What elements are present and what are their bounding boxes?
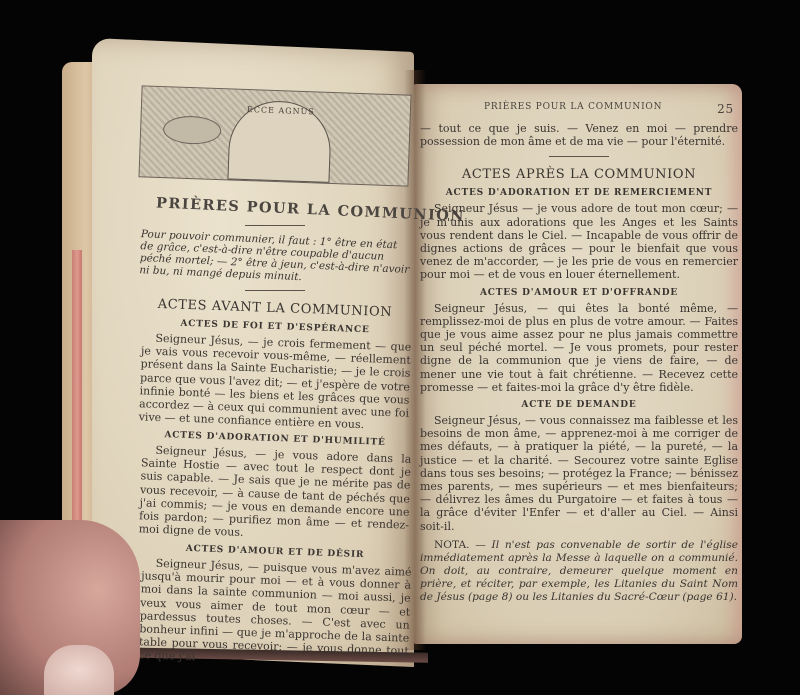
prayer-paragraph: Seigneur Jésus — je vous adore de tout m… — [420, 202, 738, 281]
subsection-heading: ACTE DE DEMANDE — [420, 400, 738, 410]
right-page-text: PRIÈRES POUR LA COMMUNION 25 — tout ce q… — [420, 102, 738, 614]
page-title: PRIÈRES POUR LA COMMUNION — [156, 194, 410, 222]
thumbnail — [44, 645, 114, 695]
subsection-heading: ACTES D'ADORATION ET DE REMERCIEMENT — [420, 188, 738, 198]
prayer-paragraph: Seigneur Jésus, — je vous adore dans la … — [138, 444, 411, 546]
divider — [245, 225, 305, 226]
banner-inscription: ECCE AGNUS — [231, 104, 331, 116]
open-prayer-book: ECCE AGNUS PRIÈRES POUR LA COMMUNION Pou… — [0, 0, 800, 695]
nota-label: NOTA. — [434, 539, 469, 551]
section-heading: ACTES APRÈS LA COMMUNION — [420, 167, 738, 182]
prayer-paragraph: Seigneur Jésus, — puisque vous m'avez ai… — [138, 556, 412, 671]
divider — [245, 290, 305, 291]
page-number: 25 — [717, 102, 734, 116]
prayer-paragraph: Seigneur Jésus, — qui êtes la bonté même… — [420, 302, 738, 394]
lamb-icon — [163, 115, 222, 145]
nota-paragraph: NOTA. — Il n'est pas convenable de sorti… — [420, 539, 738, 604]
continuation-paragraph: — tout ce que je suis. — Venez en moi — … — [420, 122, 738, 148]
divider — [549, 156, 609, 157]
prayer-paragraph: Seigneur Jésus, — je crois fermement — q… — [138, 331, 411, 433]
running-header-title: PRIÈRES POUR LA COMMUNION — [484, 102, 662, 116]
left-page-text: ECCE AGNUS PRIÈRES POUR LA COMMUNION Pou… — [140, 90, 410, 666]
intro-text: Pour pouvoir communier, il faut : 1° êtr… — [139, 228, 411, 288]
prayer-paragraph: Seigneur Jésus, — vous connaissez ma fai… — [420, 414, 738, 533]
arch-ornament: ECCE AGNUS — [227, 99, 332, 183]
decorative-banner: ECCE AGNUS — [138, 85, 411, 186]
section-heading: ACTES AVANT LA COMMUNION — [140, 296, 410, 320]
running-header: PRIÈRES POUR LA COMMUNION 25 — [420, 102, 734, 116]
subsection-heading: ACTES D'AMOUR ET D'OFFRANDE — [420, 288, 738, 298]
